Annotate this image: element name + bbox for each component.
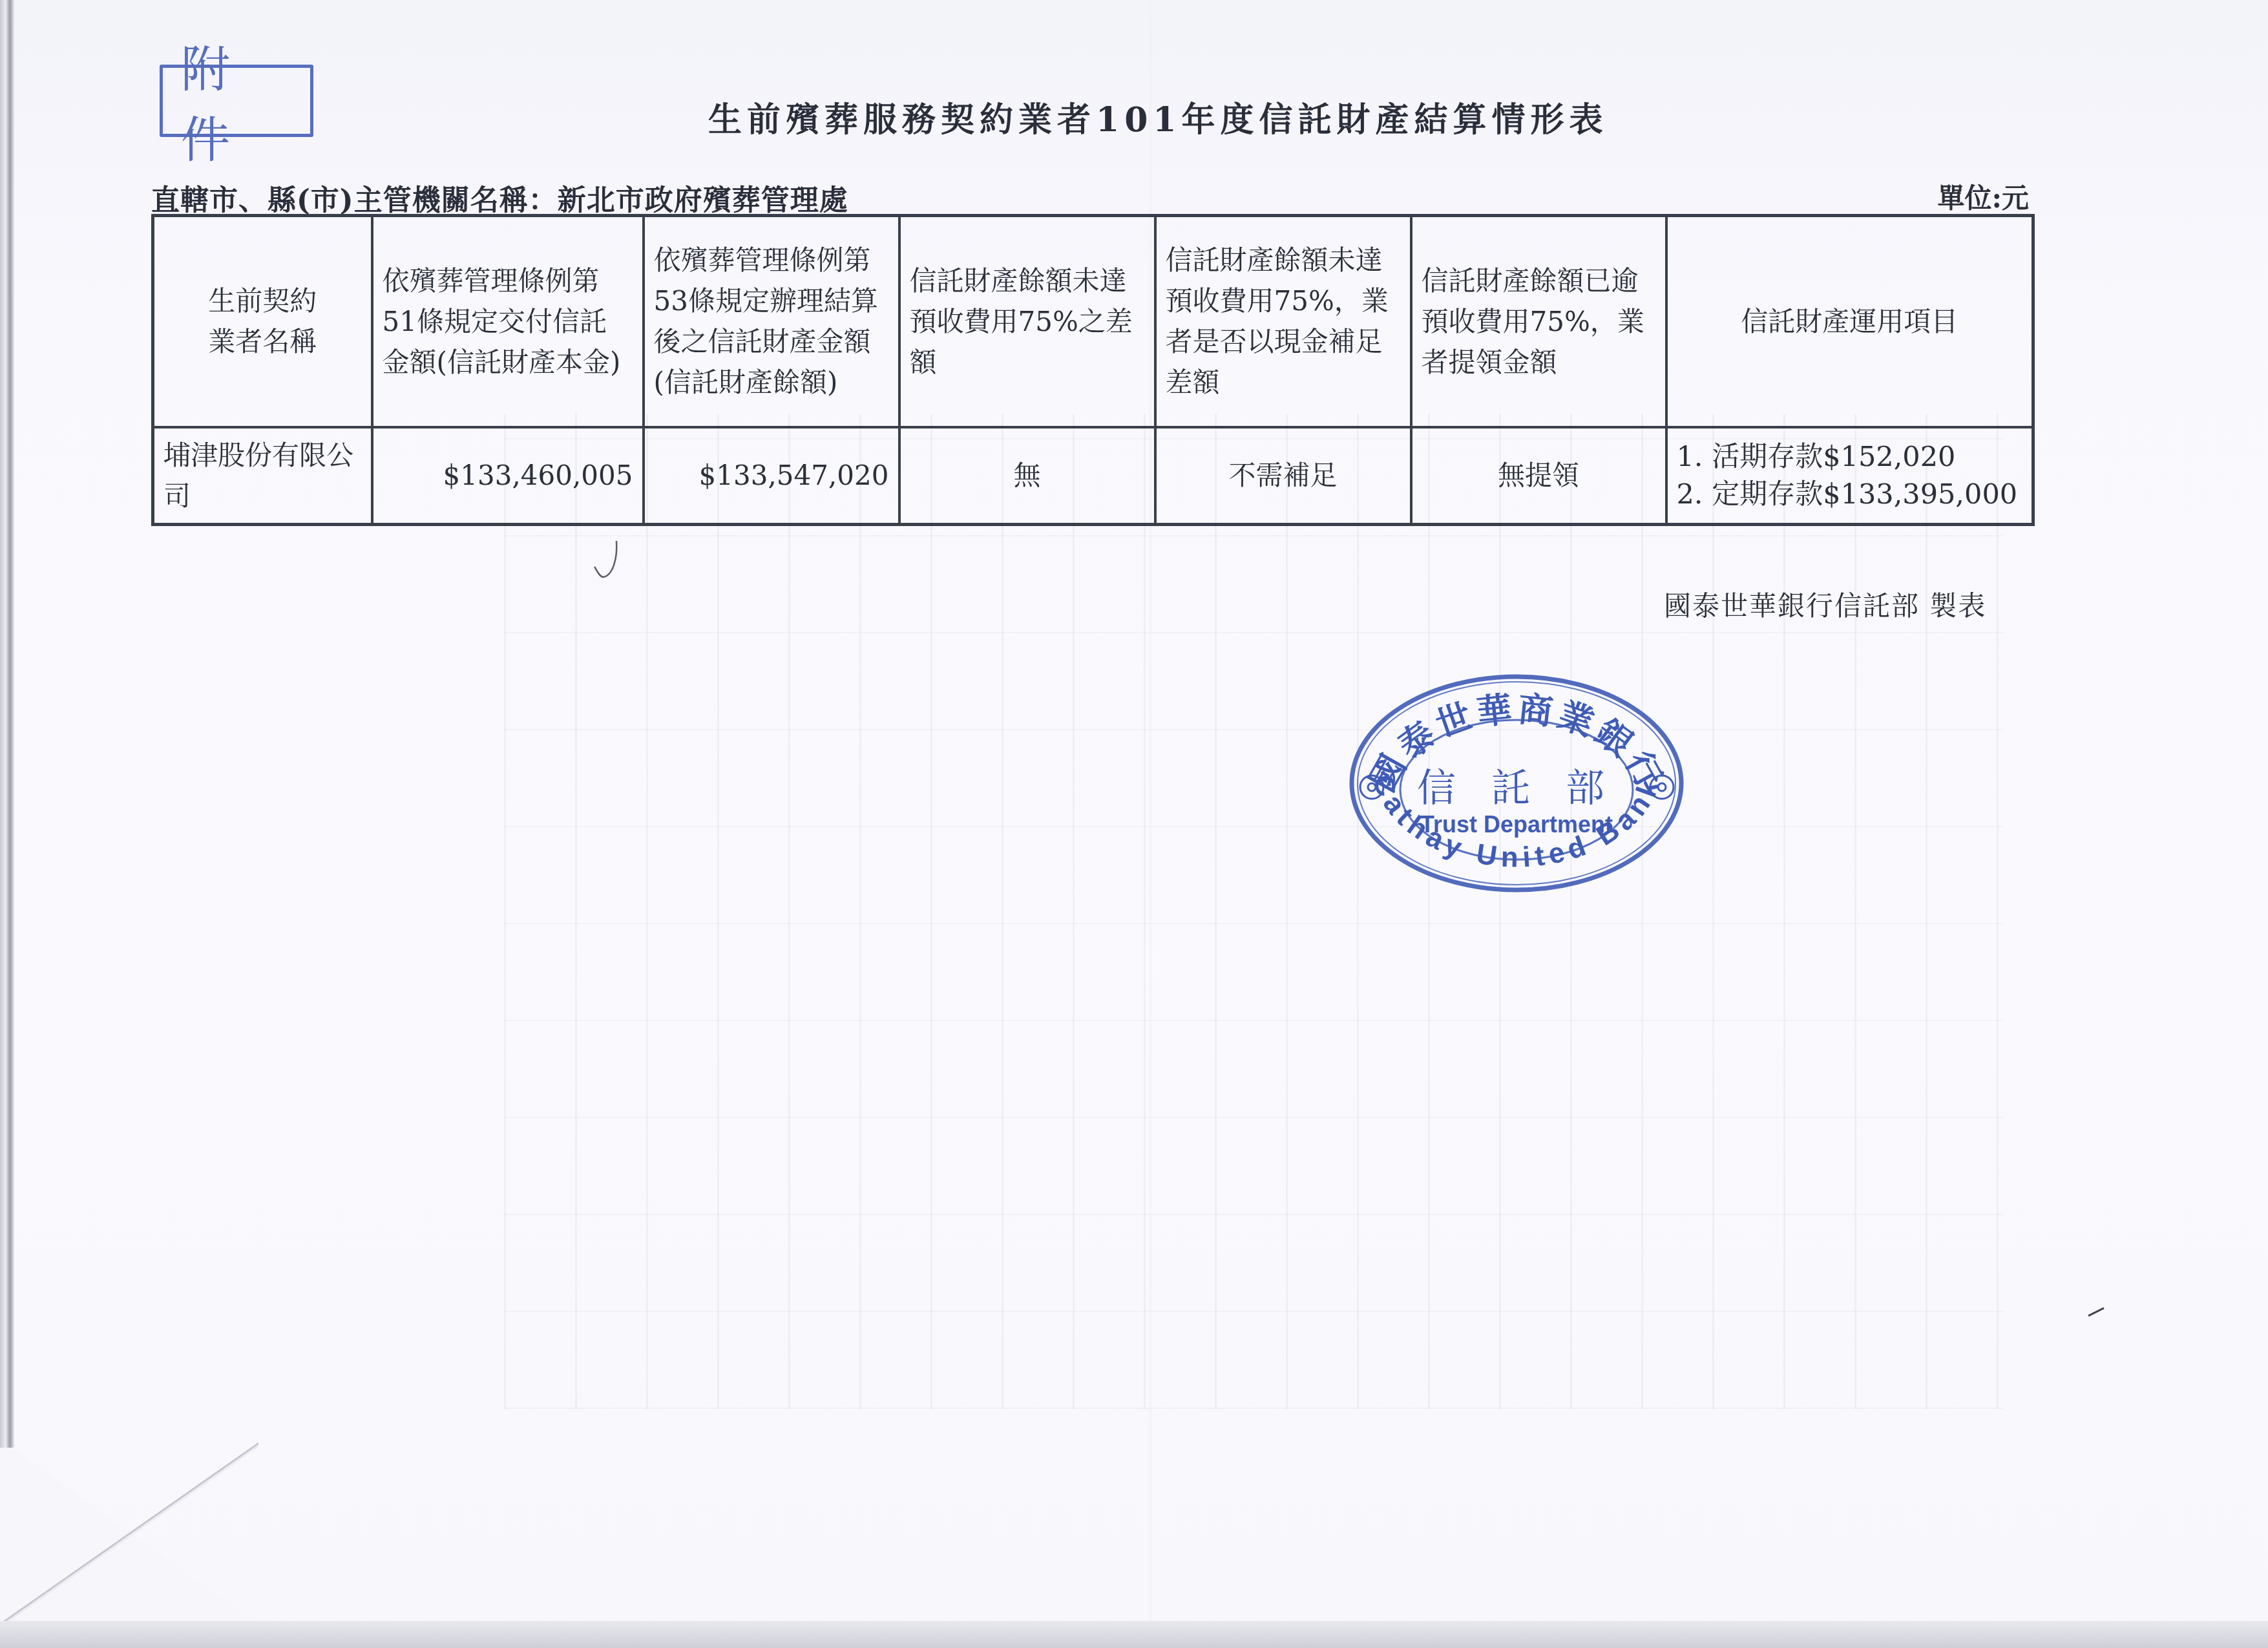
prepared-by: 國泰世華銀行信託部 製表 xyxy=(1664,585,1986,624)
cell-trust-principal: $133,460,005 xyxy=(372,427,644,525)
cell-company: 埔津股份有限公司 xyxy=(153,427,372,525)
document-title: 生前殯葬服務契約業者101年度信託財產結算情形表 xyxy=(708,92,1574,141)
seal-center-text: 信 託 部 xyxy=(1417,766,1616,811)
table-header-row: 生前契約業者名稱 依殯葬管理條例第51條規定交付信託金額(信託財產本金) 依殯葬… xyxy=(153,216,2033,427)
cell-trust-balance: $133,547,020 xyxy=(644,427,899,525)
usage-item: 2. 定期存款$133,395,000 xyxy=(1677,476,2023,513)
attachment-stamp-label: 附件 xyxy=(181,30,310,171)
settlement-table: 生前契約業者名稱 依殯葬管理條例第51條規定交付信託金額(信託財產本金) 依殯葬… xyxy=(151,214,2035,526)
cell-shortfall: 無 xyxy=(899,427,1155,525)
authority-line: 直轄市、縣(市)主管機關名稱：新北市政府殯葬管理處 xyxy=(151,177,848,218)
header-trust-principal: 依殯葬管理條例第51條規定交付信託金額(信託財產本金) xyxy=(372,216,644,427)
header-trust-balance: 依殯葬管理條例第53條規定辦理結算後之信託財產金額(信託財產餘額) xyxy=(644,216,899,427)
pen-check-mark xyxy=(593,540,619,585)
unit-label: 單位:元 xyxy=(1937,177,2029,216)
cell-cash-topup: 不需補足 xyxy=(1155,427,1411,525)
table-row: 埔津股份有限公司 $133,460,005 $133,547,020 無 不需補… xyxy=(153,427,2033,525)
cell-withdrawal: 無提領 xyxy=(1411,427,1666,525)
page-left-edge-shadow xyxy=(0,0,14,1448)
scanner-bottom-band xyxy=(0,1621,2268,1648)
header-withdrawal: 信託財產餘額已逾預收費用75%，業者提領金額 xyxy=(1411,216,1666,427)
ink-speck xyxy=(2087,1305,2106,1318)
bank-seal: 國泰世華商業銀行 信 託 部 Trust Department Cathay U… xyxy=(1347,672,1686,895)
header-shortfall: 信託財產餘額未達預收費用75%之差額 xyxy=(899,216,1155,427)
usage-item: 1. 活期存款$152,020 xyxy=(1677,438,2023,476)
attachment-stamp: 附件 xyxy=(160,65,313,137)
header-company-name: 生前契約業者名稱 xyxy=(153,216,372,427)
cell-usage-items: 1. 活期存款$152,020 2. 定期存款$133,395,000 xyxy=(1666,427,2033,525)
header-cash-topup: 信託財產餘額未達預收費用75%，業者是否以現金補足差額 xyxy=(1155,216,1411,427)
header-usage-items: 信託財產運用項目 xyxy=(1666,216,2033,427)
